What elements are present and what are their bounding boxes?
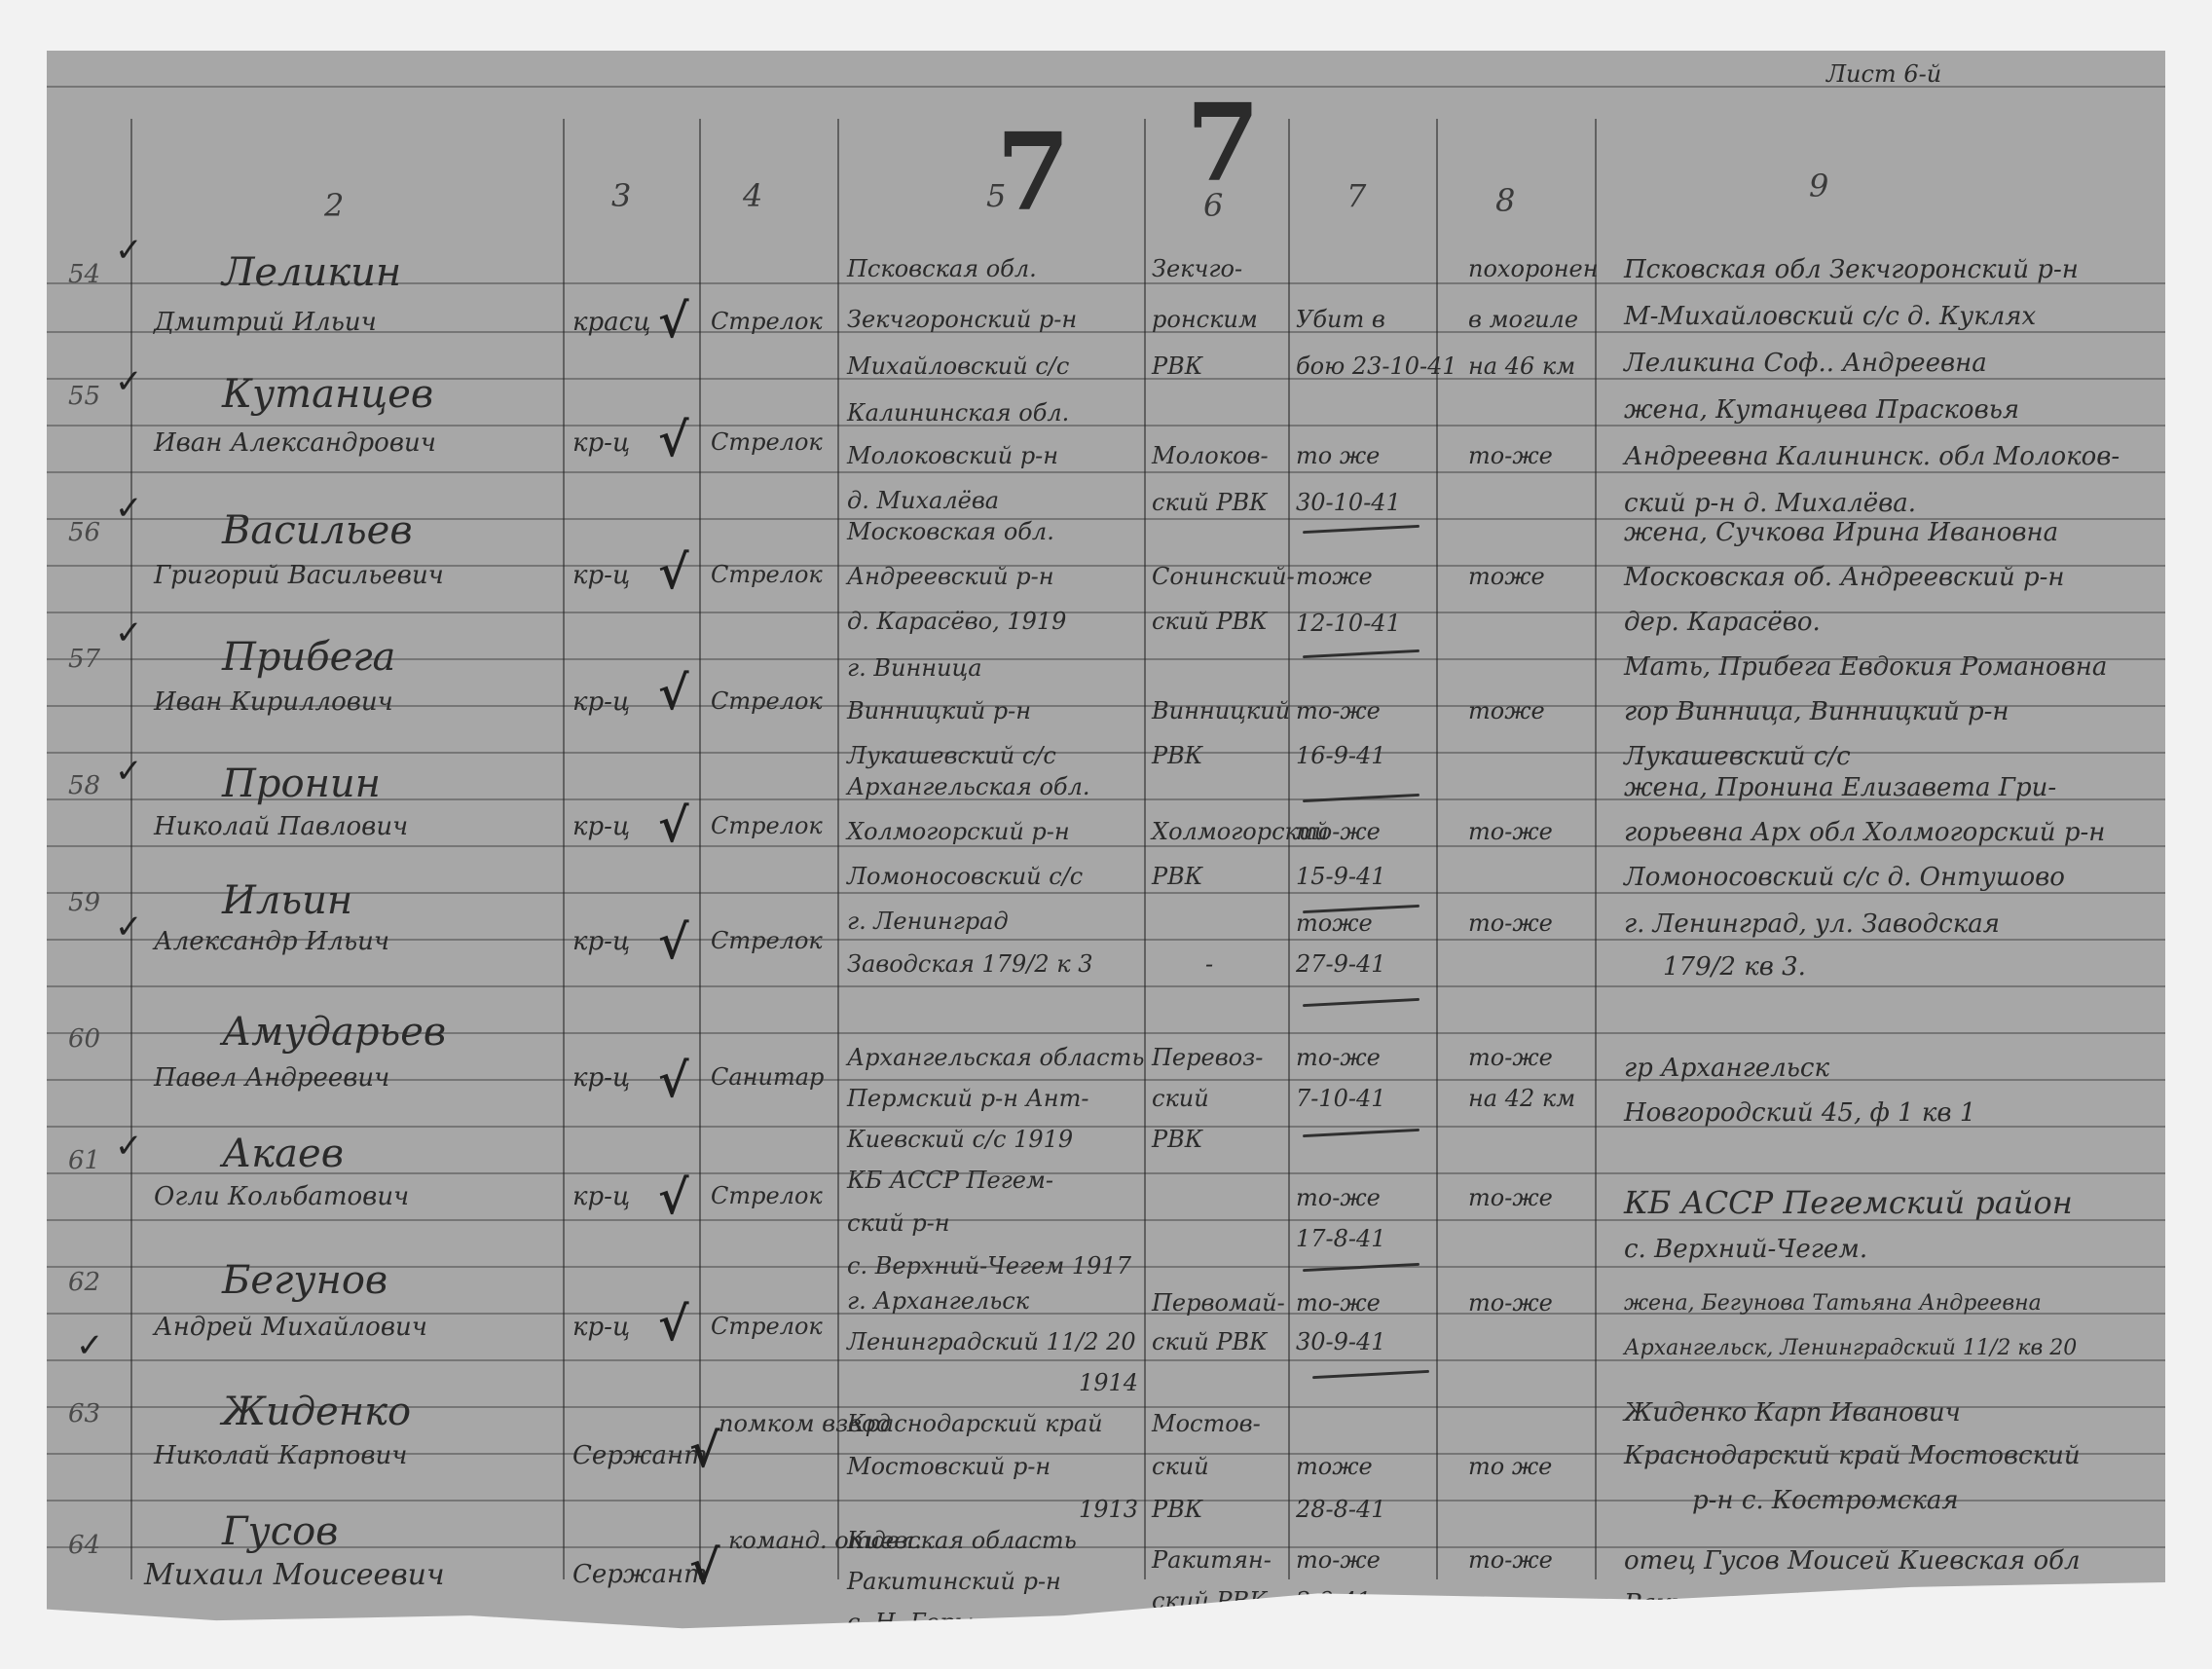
family-line: Псковская обл Зекчгоронский р-н <box>1624 255 2079 284</box>
given-name: Огли Кольбатович <box>154 1182 409 1211</box>
column-line <box>699 119 701 1579</box>
underline-stroke <box>1303 1129 1419 1137</box>
rank: кр-ц <box>572 812 630 841</box>
check-mark-icon: √ <box>658 798 689 853</box>
column-line <box>837 119 839 1579</box>
family-line: М-Михайловский с/с д. Куклях <box>1624 302 2036 331</box>
rvk-line: ронским <box>1152 306 1258 333</box>
date-line: то-же <box>1296 1289 1381 1317</box>
post: Стрелок <box>711 927 823 954</box>
status-line: на 42 км <box>1468 1085 1575 1112</box>
check-mark-icon: ✓ <box>115 231 143 270</box>
family-line: ский р-н д. Михалёва. <box>1624 489 1916 518</box>
rvk-line: ский РВК <box>1152 489 1268 516</box>
given-name: Николай Павлович <box>154 812 408 841</box>
row-number: 61 <box>68 1146 100 1175</box>
date-line: 15-9-41 <box>1296 863 1386 890</box>
given-name: Иван Александрович <box>154 428 436 458</box>
check-mark-icon: ✓ <box>115 489 143 528</box>
check-mark-icon: √ <box>658 1054 689 1108</box>
date-line: 30-9-41 <box>1296 1328 1386 1355</box>
rvk-line: ский <box>1152 1085 1209 1112</box>
row-number: 56 <box>68 518 100 547</box>
column-line <box>130 119 132 1579</box>
check-mark-icon: √ <box>658 666 689 721</box>
column-line <box>1288 119 1290 1579</box>
family-line: Жиденко Карп Иванович <box>1624 1398 1961 1428</box>
column-number: 9 <box>1809 167 1828 204</box>
date-line: Убит в <box>1296 306 1385 333</box>
column-line <box>1436 119 1438 1579</box>
rvk-line: Ракитян- <box>1152 1546 1272 1574</box>
status-line: тоже <box>1468 563 1545 590</box>
rvk-line: Винницкий <box>1152 697 1290 724</box>
post: Санитар <box>711 1063 824 1091</box>
date-line: 27-9-41 <box>1296 950 1386 978</box>
address-line: Архангельская обл. <box>847 773 1089 800</box>
check-mark-icon: ✓ <box>115 613 143 652</box>
address-line: Калининская обл. <box>847 399 1069 427</box>
underline-stroke <box>1303 998 1419 1007</box>
address-line: Лукашевский с/с <box>847 742 1056 769</box>
post: Стрелок <box>711 561 823 588</box>
address-line: КБ АССР Пегем- <box>847 1167 1053 1194</box>
column-number: 4 <box>743 177 762 214</box>
check-mark-icon: √ <box>658 545 689 600</box>
status-line: то-же <box>1468 1289 1553 1317</box>
status-line: похоронен <box>1468 255 1599 282</box>
column-line <box>1144 119 1146 1579</box>
address-line: Молоковский р-н <box>847 442 1058 469</box>
address-line: Ракитинский р-н <box>847 1568 1061 1595</box>
status-line: в могиле <box>1468 306 1578 333</box>
status-line: на 46 км <box>1468 352 1575 380</box>
post: Стрелок <box>711 1313 823 1340</box>
status-line: то-же <box>1468 442 1553 469</box>
rvk-line: ский РВК <box>1152 1587 1268 1614</box>
column-number: 7 <box>1346 177 1366 214</box>
date-line: 28-8-41 <box>1296 1496 1386 1523</box>
address-line: Холмогорский р-н <box>847 818 1070 845</box>
address-line: Московская обл. <box>847 518 1054 545</box>
surname: Жиденко <box>222 1390 411 1434</box>
rvk-line: РВК <box>1152 1126 1202 1153</box>
address-line: д. Михалёва <box>847 487 999 514</box>
date-line: 2-9-41 <box>1296 1587 1371 1614</box>
family-line: жена, Кутанцева Прасковья <box>1624 395 2019 425</box>
date-line: 17-8-41 <box>1296 1225 1386 1252</box>
given-name: Николай Карпович <box>154 1441 407 1470</box>
surname: Амударьев <box>222 1010 446 1055</box>
family-line: г. Ленинград, ул. Заводская <box>1624 909 2000 939</box>
check-mark-icon: ✓ <box>115 362 143 401</box>
stamp-mark: 7 <box>996 109 1071 235</box>
surname: Гусов <box>222 1509 338 1554</box>
given-name: Павел Андреевич <box>154 1063 389 1093</box>
rule-line <box>47 612 2165 613</box>
surname: Ильин <box>222 878 352 923</box>
family-line: Ломоносовский с/с д. Онтушово <box>1624 863 2065 892</box>
family-line: отец Гусов Моисей Киевская обл <box>1624 1546 2081 1576</box>
given-name: Александр Ильич <box>154 927 389 956</box>
family-line: Андреевна Калининск. обл Молоков- <box>1624 442 2120 471</box>
family-line: КБ АССР Пегемский район <box>1624 1184 2073 1221</box>
column-number: 3 <box>611 177 631 214</box>
rule-line <box>47 1172 2165 1174</box>
address-line: с. Н. Горы <box>847 1609 974 1636</box>
address-line: Мостовский р-н <box>847 1453 1051 1480</box>
rvk-line: Первомай- <box>1152 1289 1285 1317</box>
rule-line <box>47 892 2165 894</box>
surname: Прибега <box>222 635 395 680</box>
rank: кр-ц <box>572 561 630 590</box>
status-line: то-же <box>1468 818 1553 845</box>
rank: Сержант <box>572 1560 708 1589</box>
rvk-line: РВК <box>1152 1496 1202 1523</box>
given-name: Михаил Моисеевич <box>144 1558 445 1592</box>
check-mark-icon: ✓ <box>76 1326 104 1365</box>
column-line <box>1595 119 1597 1579</box>
rvk-line: Зекчго- <box>1152 255 1242 282</box>
family-line: гр Архангельск <box>1624 1054 1829 1083</box>
address-line: г. Архангельск <box>847 1287 1029 1315</box>
row-number: 58 <box>68 771 100 800</box>
date-line: 12-10-41 <box>1296 610 1401 637</box>
surname: Кутанцев <box>222 372 433 417</box>
row-number: 59 <box>68 888 100 917</box>
column-line <box>563 119 565 1579</box>
given-name: Андрей Михайлович <box>154 1313 427 1342</box>
rvk-line: - <box>1205 950 1213 978</box>
address-line: Андреевский р-н <box>847 563 1054 590</box>
surname: Пронин <box>222 761 381 806</box>
row-number: 54 <box>68 260 100 289</box>
family-line: Леликина Соф.. Андреевна <box>1624 349 1987 378</box>
check-mark-icon: √ <box>658 413 689 467</box>
rank: красц <box>572 308 650 337</box>
family-line: жена, Бегунова Татьяна Андреевна <box>1624 1291 2042 1316</box>
address-line: Киевская область <box>847 1527 1077 1554</box>
address-line: Ленинградский 11/2 20 <box>847 1328 1136 1355</box>
check-mark-icon: √ <box>658 294 689 349</box>
rank: кр-ц <box>572 1063 630 1093</box>
post: Стрелок <box>711 428 823 456</box>
rvk-line: Молоков- <box>1152 442 1269 469</box>
date-line: тоже <box>1296 563 1373 590</box>
check-mark-icon: √ <box>658 1170 689 1225</box>
check-mark-icon: √ <box>658 1297 689 1352</box>
family-line: Лукашевский с/с <box>1624 742 1851 771</box>
underline-stroke <box>1312 1370 1429 1379</box>
date-line: то-же <box>1296 818 1381 845</box>
post: Стрелок <box>711 812 823 839</box>
status-line: то-же <box>1468 1546 1553 1574</box>
stamp-mark: 7 <box>1186 80 1261 205</box>
check-mark-icon: √ <box>689 1424 720 1478</box>
archival-sheet: Лист 6-й 2 3 4 5 6 7 8 9 7 7 54 ✓ Лелики… <box>47 51 2165 1638</box>
rvk-line: Перевоз- <box>1152 1044 1263 1071</box>
address-line: г. Винница <box>847 654 982 682</box>
given-name: Дмитрий Ильич <box>154 308 377 337</box>
post: Стрелок <box>711 687 823 715</box>
date-line: то-же <box>1296 1546 1381 1574</box>
status-line: тоже <box>1468 697 1545 724</box>
family-line: дер. Карасёво. <box>1624 608 1821 637</box>
address-line: Зекчгоронский р-н <box>847 306 1077 333</box>
address-line: Винницкий р-н <box>847 697 1031 724</box>
status-line: то же <box>1468 1453 1552 1480</box>
check-mark-icon: √ <box>689 1540 720 1595</box>
family-line: Мать, Прибега Евдокия Романовна <box>1624 652 2107 682</box>
address-line: Михайловский с/с <box>847 352 1069 380</box>
family-line: гор Винница, Винницкий р-н <box>1624 697 2009 726</box>
post: Стрелок <box>711 1182 823 1209</box>
address-line: 1913 <box>1079 1496 1138 1523</box>
address-line: Ломоносовский с/с <box>847 863 1083 890</box>
surname: Васильев <box>222 508 413 553</box>
address-line: с. Верхний-Чегем 1917 <box>847 1252 1131 1280</box>
date-line: то-же <box>1296 1184 1381 1211</box>
surname: Бегунов <box>222 1258 387 1303</box>
address-line: Краснодарский край <box>847 1410 1103 1437</box>
rank: кр-ц <box>572 1182 630 1211</box>
rvk-line: ский РВК <box>1152 1328 1268 1355</box>
rvk-line: ский <box>1152 1453 1209 1480</box>
rule-line <box>47 471 2165 473</box>
address-line: г. Ленинград <box>847 908 1009 935</box>
family-line: 179/2 кв 3. <box>1663 952 1806 982</box>
sheet-label: Лист 6-й <box>1826 60 1941 88</box>
date-line: то-же <box>1296 1044 1381 1071</box>
rank: кр-ц <box>572 1313 630 1342</box>
given-name: Григорий Васильевич <box>154 561 444 590</box>
rank: кр-ц <box>572 687 630 717</box>
family-line: Архангельск, Ленинградский 11/2 кв 20 <box>1624 1336 2077 1360</box>
address-line: Псковская обл. <box>847 255 1037 282</box>
row-number: 55 <box>68 382 100 411</box>
address-line: Заводская 179/2 к 3 <box>847 950 1093 978</box>
underline-stroke <box>1303 649 1419 658</box>
date-line: тоже <box>1296 909 1373 937</box>
rvk-line: Сонинский- <box>1152 563 1295 590</box>
rvk-line: РВК <box>1152 742 1202 769</box>
column-number: 2 <box>324 187 344 224</box>
date-line: 16-9-41 <box>1296 742 1386 769</box>
rule-line <box>47 425 2165 427</box>
address-line: Архангельская область <box>847 1044 1144 1071</box>
row-number: 60 <box>68 1024 100 1054</box>
check-mark-icon: ✓ <box>115 752 143 791</box>
rvk-line: РВК <box>1152 863 1202 890</box>
address-line: д. Карасёво, 1919 <box>847 608 1066 635</box>
underline-stroke <box>1303 525 1419 534</box>
column-number: 8 <box>1495 182 1515 219</box>
rvk-line: Мостов- <box>1152 1410 1261 1437</box>
rvk-line: РВК <box>1152 352 1202 380</box>
family-line: с. Верхний-Чегем. <box>1624 1235 1867 1264</box>
surname: Леликин <box>222 250 401 295</box>
family-line: Ракитянский р-н с Н. Горы <box>1624 1589 1994 1618</box>
row-number: 62 <box>68 1268 100 1297</box>
date-line: тоже <box>1296 1453 1373 1480</box>
status-line: то-же <box>1468 1184 1553 1211</box>
address-line: Пермский р-н Ант- <box>847 1085 1088 1112</box>
family-line: Новгородский 45, ф 1 кв 1 <box>1624 1098 1975 1128</box>
check-mark-icon: ✓ <box>115 1127 143 1166</box>
rank: кр-ц <box>572 428 630 458</box>
post: Стрелок <box>711 308 823 335</box>
check-mark-icon: √ <box>658 915 689 970</box>
family-line: горьевна Арх обл Холмогорский р-н <box>1624 818 2105 847</box>
date-line: то-же <box>1296 697 1381 724</box>
rule-line <box>47 985 2165 987</box>
family-line: р-н с. Костромская <box>1692 1486 1959 1515</box>
date-line: то же <box>1296 442 1380 469</box>
status-line: то-же <box>1468 909 1553 937</box>
rvk-line: ский РВК <box>1152 608 1268 635</box>
family-line: Краснодарский край Мостовский <box>1624 1441 2081 1470</box>
date-line: 7-10-41 <box>1296 1085 1386 1112</box>
date-line: бою 23-10-41 <box>1296 352 1457 380</box>
address-line: ский р-н <box>847 1209 950 1237</box>
family-line: жена, Сучкова Ирина Ивановна <box>1624 518 2058 547</box>
address-line: 1914 <box>1079 1369 1138 1396</box>
rank: кр-ц <box>572 927 630 956</box>
row-number: 63 <box>68 1399 100 1428</box>
address-line: Киевский с/с 1919 <box>847 1126 1073 1153</box>
row-number: 64 <box>68 1531 100 1560</box>
status-line: то-же <box>1468 1044 1553 1071</box>
surname: Акаев <box>222 1131 344 1176</box>
given-name: Иван Кириллович <box>154 687 393 717</box>
family-line: жена, Пронина Елизавета Гри- <box>1624 773 2056 802</box>
rank: Сержант <box>572 1441 708 1470</box>
family-line: Московская об. Андреевский р-н <box>1624 563 2065 592</box>
row-number: 57 <box>68 645 100 674</box>
check-mark-icon: ✓ <box>115 908 143 946</box>
date-line: 30-10-41 <box>1296 489 1401 516</box>
